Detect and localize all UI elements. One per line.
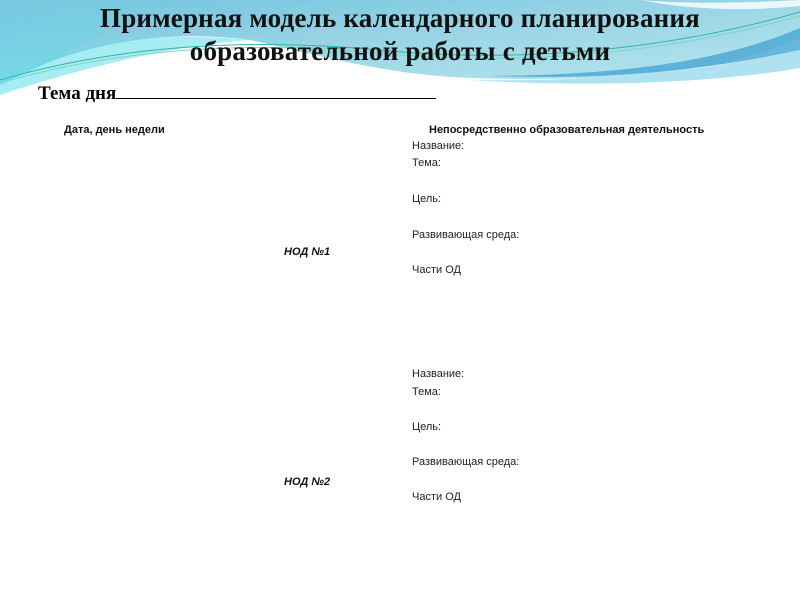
slide-title-line-1: Примерная модель календарного планирован…	[0, 2, 800, 35]
topic-of-day: Тема дня	[38, 82, 436, 105]
field-parts: Части ОД	[412, 264, 461, 276]
field-goal: Цель:	[412, 193, 441, 205]
topic-label: Тема дня	[38, 83, 116, 104]
field-environment: Развивающая среда:	[412, 456, 519, 468]
field-name: Название:	[412, 140, 464, 152]
field-theme: Тема:	[412, 157, 441, 169]
column-header-activity: Непосредственно образовательная деятельн…	[429, 124, 704, 136]
nod-label: НОД №1	[284, 246, 330, 258]
slide-title-line-2: образовательной работы с детьми	[0, 35, 800, 68]
field-goal: Цель:	[412, 421, 441, 433]
field-theme: Тема:	[412, 386, 441, 398]
field-name: Название:	[412, 368, 464, 380]
field-environment: Развивающая среда:	[412, 229, 519, 241]
nod-label: НОД №2	[284, 476, 330, 488]
field-parts: Части ОД	[412, 491, 461, 503]
slide-title: Примерная модель календарного планирован…	[0, 2, 800, 68]
topic-blank-line	[116, 82, 436, 99]
column-header-date: Дата, день недели	[64, 124, 165, 136]
